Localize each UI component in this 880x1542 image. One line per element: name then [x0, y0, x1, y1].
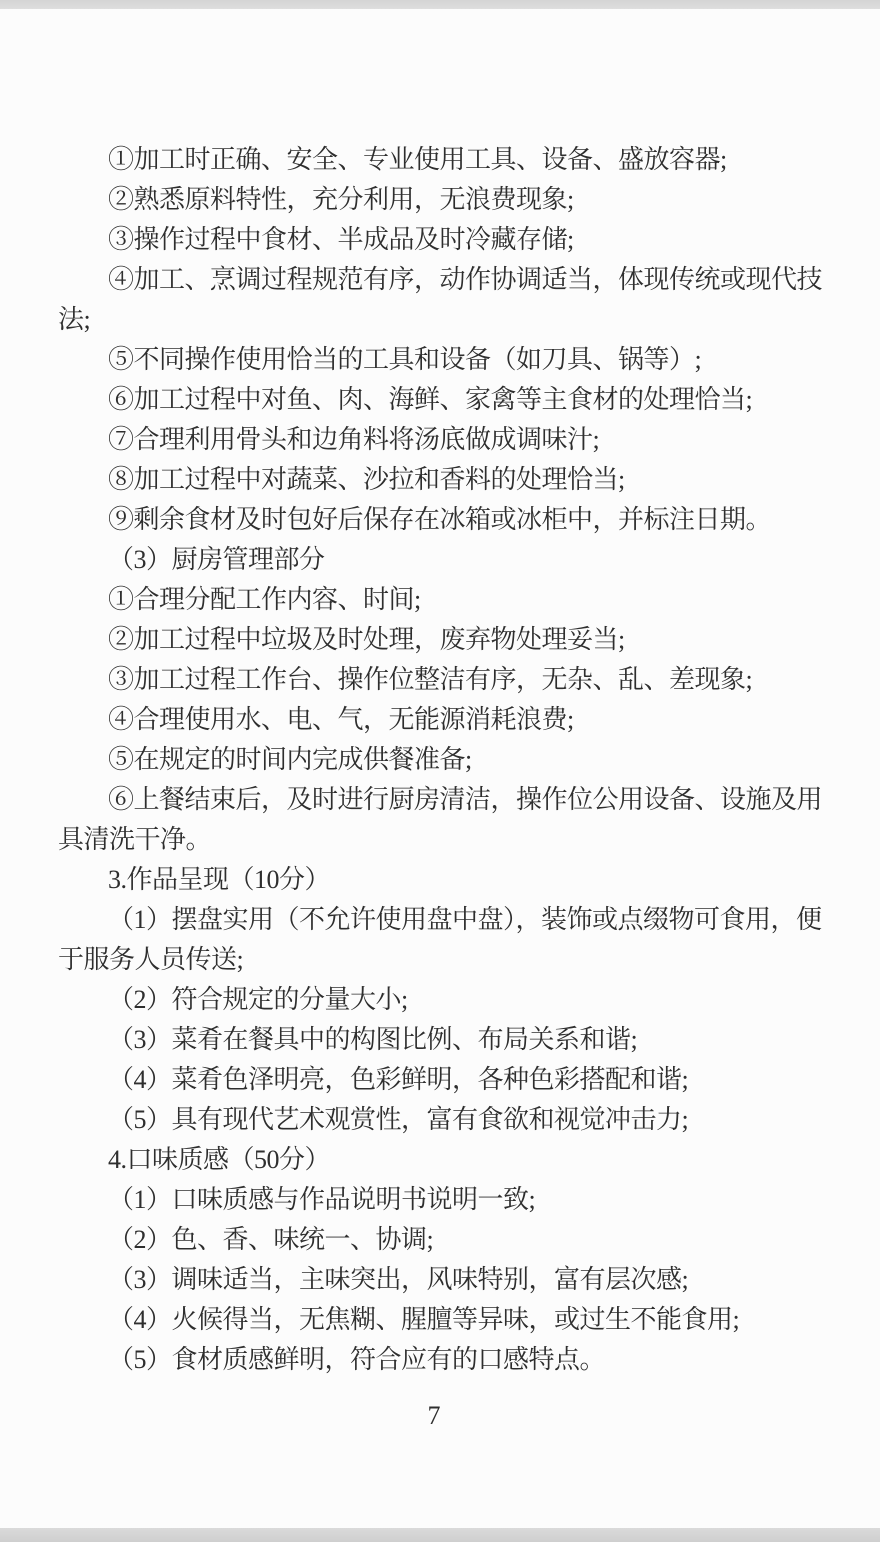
- text-line: 具清洗干净。: [58, 820, 850, 860]
- text-line: ③加工过程工作台、操作位整洁有序，无杂、乱、差现象;: [58, 660, 850, 700]
- scanned-document-page: ①加工时正确、安全、专业使用工具、设备、盛放容器;②熟悉原料特性，充分利用，无浪…: [0, 0, 880, 1542]
- text-line: （5）食材质感鲜明，符合应有的口感特点。: [58, 1340, 850, 1380]
- text-line: 于服务人员传送;: [58, 940, 850, 980]
- text-line: 3.作品呈现（10分）: [58, 860, 850, 900]
- text-line: ⑤不同操作使用恰当的工具和设备（如刀具、锅等）;: [58, 340, 850, 380]
- text-line: ④加工、烹调过程规范有序，动作协调适当，体现传统或现代技: [58, 260, 850, 300]
- text-line: ①加工时正确、安全、专业使用工具、设备、盛放容器;: [58, 140, 850, 180]
- text-line: （4）菜肴色泽明亮，色彩鲜明，各种色彩搭配和谐;: [58, 1060, 850, 1100]
- text-line: ④合理使用水、电、气，无能源消耗浪费;: [58, 700, 850, 740]
- text-line: （4）火候得当，无焦糊、腥膻等异味，或过生不能食用;: [58, 1300, 850, 1340]
- text-line: （3）厨房管理部分: [58, 540, 850, 580]
- text-line: （2）符合规定的分量大小;: [58, 980, 850, 1020]
- text-line: （2）色、香、味统一、协调;: [58, 1220, 850, 1260]
- document-text-block: ①加工时正确、安全、专业使用工具、设备、盛放容器;②熟悉原料特性，充分利用，无浪…: [58, 140, 850, 1380]
- text-line: （1）口味质感与作品说明书说明一致;: [58, 1180, 850, 1220]
- text-line: ⑦合理利用骨头和边角料将汤底做成调味汁;: [58, 420, 850, 460]
- text-line: ②熟悉原料特性，充分利用，无浪费现象;: [58, 180, 850, 220]
- text-line: 4.口味质感（50分）: [58, 1140, 850, 1180]
- text-line: 法;: [58, 300, 850, 340]
- top-edge-bar: [0, 0, 880, 9]
- text-line: ⑧加工过程中对蔬菜、沙拉和香料的处理恰当;: [58, 460, 850, 500]
- text-line: （3）调味适当，主味突出，风味特别，富有层次感;: [58, 1260, 850, 1300]
- text-line: （3）菜肴在餐具中的构图比例、布局关系和谐;: [58, 1020, 850, 1060]
- text-line: ①合理分配工作内容、时间;: [58, 580, 850, 620]
- page-number: 7: [0, 1396, 868, 1436]
- text-line: ⑥上餐结束后，及时进行厨房清洁，操作位公用设备、设施及用: [58, 780, 850, 820]
- text-line: （5）具有现代艺术观赏性，富有食欲和视觉冲击力;: [58, 1100, 850, 1140]
- text-line: ⑥加工过程中对鱼、肉、海鲜、家禽等主食材的处理恰当;: [58, 380, 850, 420]
- text-line: （1）摆盘实用（不允许使用盘中盘），装饰或点缀物可食用，便: [58, 900, 850, 940]
- text-line: ③操作过程中食材、半成品及时冷藏存储;: [58, 220, 850, 260]
- bottom-edge-bar: [0, 1528, 880, 1542]
- text-line: ②加工过程中垃圾及时处理，废弃物处理妥当;: [58, 620, 850, 660]
- text-line: ⑨剩余食材及时包好后保存在冰箱或冰柜中，并标注日期。: [58, 500, 850, 540]
- text-line: ⑤在规定的时间内完成供餐准备;: [58, 740, 850, 780]
